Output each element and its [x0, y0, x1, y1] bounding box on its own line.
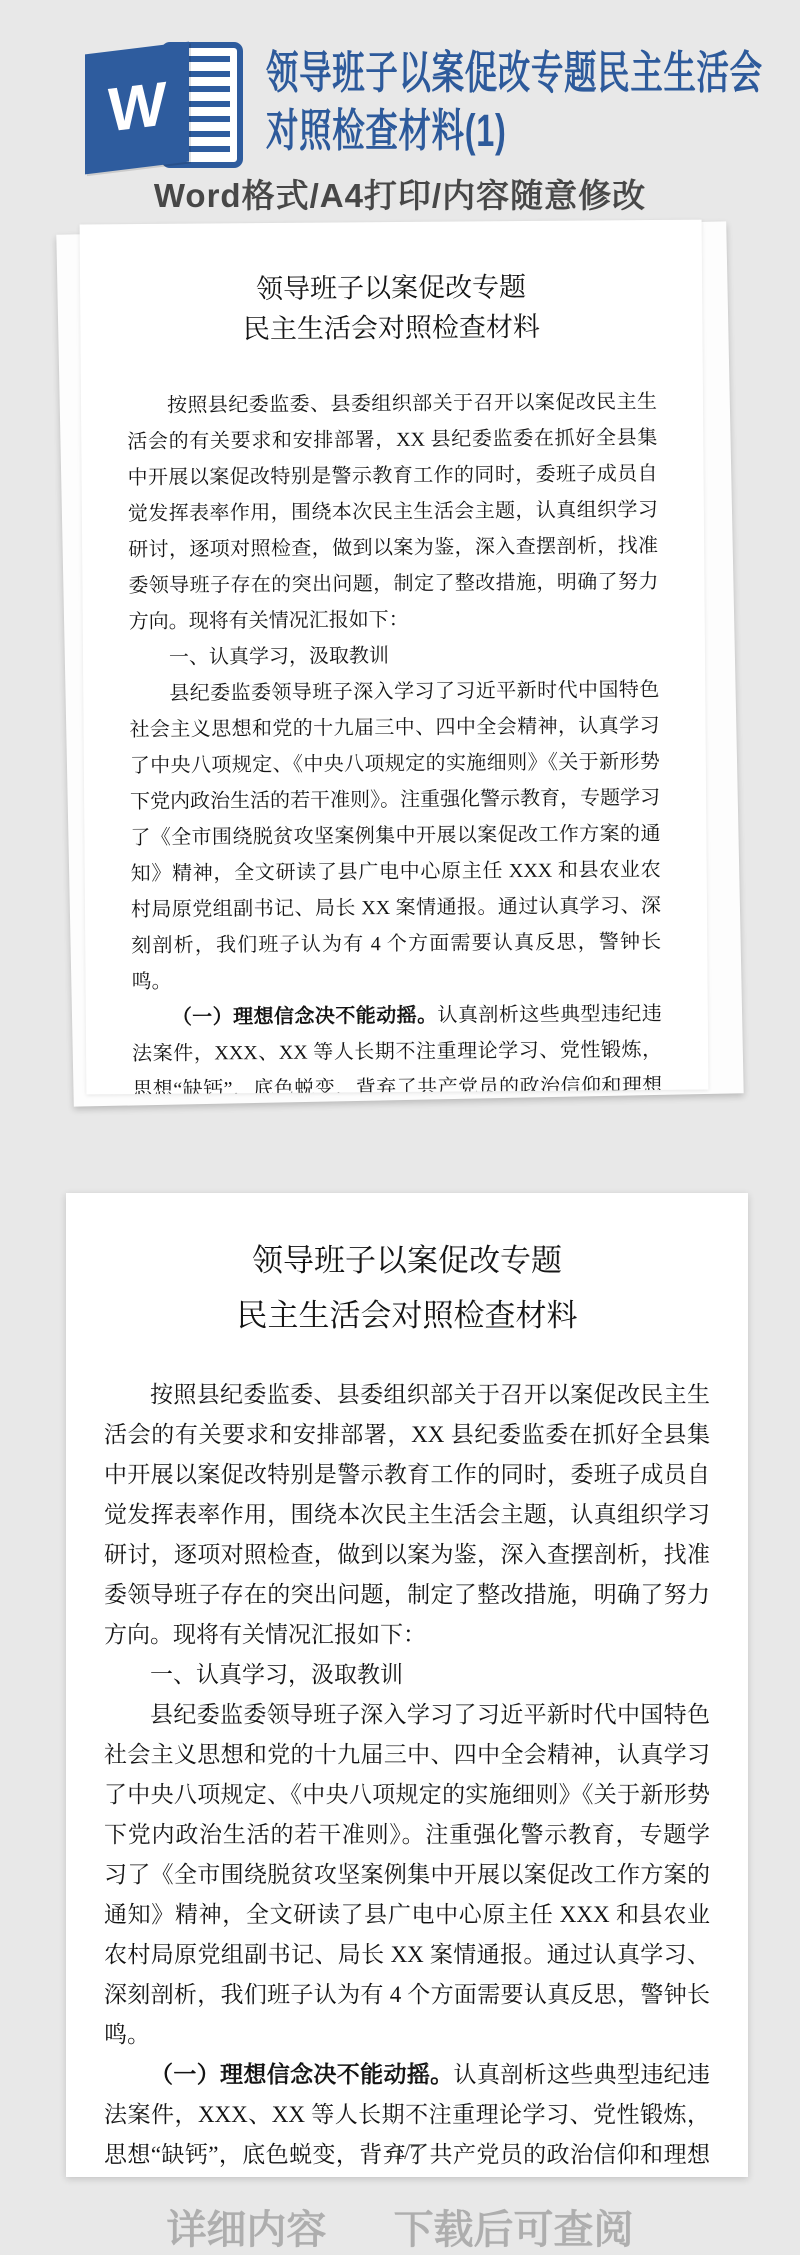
listing-title-line1: 领导班子以案促改专题民主生活会 [266, 44, 763, 102]
doc-section-heading: 一、认真学习，汲取教训 [104, 1655, 710, 1695]
doc-title-line2: 民主生活会对照检查材料 [126, 306, 656, 350]
listing-title-line2: 对照检查材料(1) [266, 102, 763, 160]
footer-caption: 详细内容 下载后可查阅 [0, 2198, 800, 2255]
doc-paragraph: 按照县纪委监委、县委组织部关于召开以案促改民主生活会的有关要求和安排部署，XX … [104, 1375, 710, 1655]
document-preview-stack[interactable]: 领导班子以案促改专题 民主生活会对照检查材料 按照县纪委监委、县委组织部关于召开… [55, 212, 750, 1117]
doc-paragraph: 县纪委监委领导班子深入学习了习近平新时代中国特色社会主义思想和党的十九届三中、四… [129, 672, 662, 1000]
footer-label-download: 下载后可查阅 [394, 2208, 634, 2252]
doc-paragraph: （一）理想信念决不能动摇。认真剖析这些典型违纪违法案件，XXX、XX 等人长期不… [132, 996, 663, 1095]
header-banner: W 领导班子以案促改专题民主生活会 对照检查材料(1) Word格式/A4打印/… [0, 0, 800, 225]
format-subtitle: Word格式/A4打印/内容随意修改 [0, 170, 800, 217]
doc-title-line1: 领导班子以案促改专题 [104, 1233, 710, 1288]
document-preview-page[interactable]: 领导班子以案促改专题 民主生活会对照检查材料 按照县纪委监委、县委组织部关于召开… [66, 1193, 748, 2177]
doc-body: 按照县纪委监委、县委组织部关于召开以案促改民主生活会的有关要求和安排部署，XX … [127, 384, 663, 1095]
doc-title-line1: 领导班子以案促改专题 [126, 266, 656, 310]
doc-section-heading: 一、认真学习，汲取教训 [129, 636, 659, 676]
doc-title: 领导班子以案促改专题 民主生活会对照检查材料 [126, 266, 657, 350]
listing-title: 领导班子以案促改专题民主生活会 对照检查材料(1) [266, 44, 800, 160]
page-number: 1/7 [66, 2140, 748, 2165]
paper-sheet-front: 领导班子以案促改专题 民主生活会对照检查材料 按照县纪委监委、县委组织部关于召开… [80, 220, 709, 1095]
word-icon-flap: W [85, 42, 189, 175]
word-icon-letter: W [108, 73, 167, 142]
doc-title-line2: 民主生活会对照检查材料 [104, 1288, 710, 1343]
doc-paragraph: 县纪委监委领导班子深入学习了习近平新时代中国特色社会主义思想和党的十九届三中、四… [104, 1695, 710, 2055]
footer-label-detail: 详细内容 [166, 2208, 326, 2252]
doc-paragraph: 按照县纪委监委、县委组织部关于召开以案促改民主生活会的有关要求和安排部署，XX … [127, 384, 659, 640]
word-file-icon: W [85, 36, 247, 178]
doc-title: 领导班子以案促改专题 民主生活会对照检查材料 [104, 1233, 710, 1343]
doc-body: 按照县纪委监委、县委组织部关于召开以案促改民主生活会的有关要求和安排部署，XX … [104, 1375, 710, 2177]
